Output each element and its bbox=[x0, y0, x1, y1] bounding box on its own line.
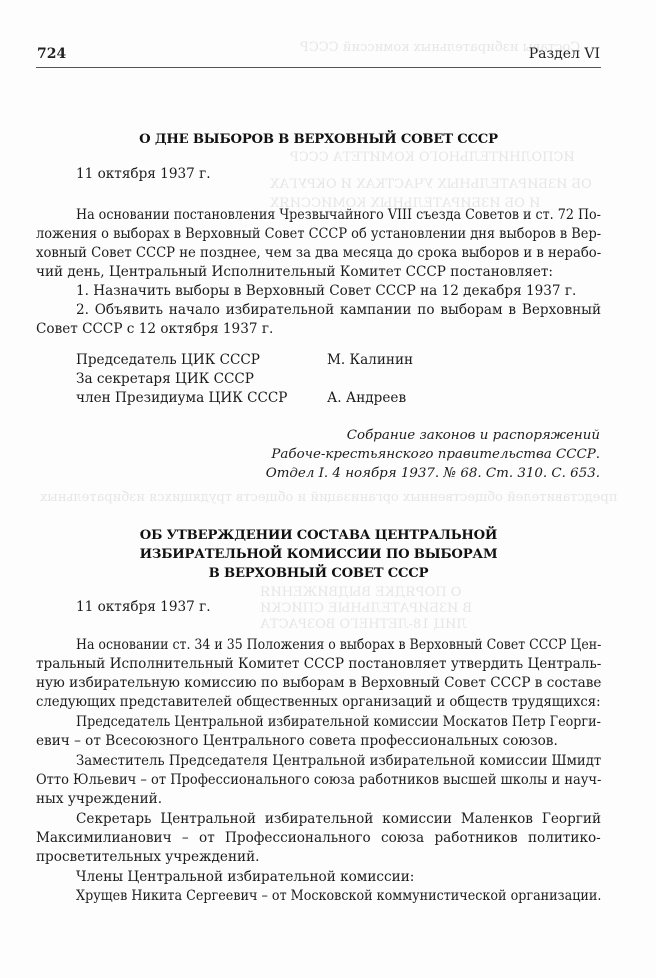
bleed-through-text: О ПОРЯДКЕ ВЫДВИЖЕНИЯ bbox=[260, 585, 461, 600]
doc2-deputy-line: Отто Юльевич – от Профессионального союз… bbox=[36, 772, 601, 788]
doc2-title: ИЗБИРАТЕЛЬНОЙ КОМИССИИ ПО ВЫБОРАМ bbox=[36, 547, 601, 562]
signature-name: М. Калинин bbox=[327, 352, 413, 368]
section-label: Раздел VI bbox=[529, 46, 600, 62]
citation-line: Отдел I. 4 ноября 1937. № 68. Ст. 310. С… bbox=[266, 466, 600, 481]
doc1-item-1: 1. Назначить выборы в Верховный Совет СС… bbox=[76, 283, 576, 299]
doc2-body-line: следующих представителей общественных ор… bbox=[36, 694, 601, 710]
doc2-secretary-line: Секретарь Центральной избирательной коми… bbox=[76, 811, 601, 827]
bleed-through-text: ЛИЦ 18-ЛЕТНЕГО ВОЗРАСТА bbox=[260, 617, 467, 632]
signature-role: член Президиума ЦИК СССР bbox=[76, 390, 287, 406]
signature-role: За секретаря ЦИК СССР bbox=[76, 371, 254, 387]
doc1-body-line: На основании постановления Чрезвычайного… bbox=[76, 207, 601, 223]
doc1-body-line: ложения о выборах в Верховный Совет СССР… bbox=[36, 226, 601, 242]
signature-role: Председатель ЦИК СССР bbox=[76, 352, 260, 368]
bleed-through-text: ОБ ИЗБИРАТЕЛЬНЫХ УЧАСТКАХ И ОКРУГАХ bbox=[270, 177, 592, 192]
doc2-body-line: тральный Исполнительный Комитет СССР пос… bbox=[36, 656, 601, 672]
doc2-deputy-line: ных учреждений. bbox=[36, 791, 162, 807]
doc1-title: О ДНЕ ВЫБОРОВ В ВЕРХОВНЫЙ СОВЕТ СССР bbox=[36, 132, 601, 147]
doc2-secretary-line: просветительных учреждений. bbox=[36, 849, 259, 865]
doc2-title: ОБ УТВЕРЖДЕНИИ СОСТАВА ЦЕНТРАЛЬНОЙ bbox=[36, 528, 601, 543]
doc2-member: Хрущев Никита Сергеевич – от Московской … bbox=[76, 888, 601, 904]
doc2-secretary-line: Максимилианович – от Профессионального с… bbox=[36, 830, 601, 846]
doc2-date: 11 октября 1937 г. bbox=[76, 599, 211, 615]
doc2-chair-line: Председатель Центральной избирательной к… bbox=[76, 714, 601, 730]
doc1-item-2: Совет СССР с 12 октября 1937 г. bbox=[36, 321, 273, 337]
citation-line: Рабоче-крестьянского правительства СССР. bbox=[271, 447, 600, 462]
bleed-through-text: В ИЗБИРАТЕЛЬНЫЕ СПИСКИ bbox=[260, 601, 472, 616]
bleed-through-text: представителей общественных организаций … bbox=[40, 490, 617, 505]
doc1-body-line: ховный Совет СССР не позднее, чем за два… bbox=[36, 245, 601, 261]
doc1-date: 11 октября 1937 г. bbox=[76, 166, 211, 182]
book-page: Составы избирательных комиссий СССР ИСПО… bbox=[0, 0, 656, 978]
signature-name: А. Андреев bbox=[327, 390, 406, 406]
header-rule bbox=[36, 67, 601, 68]
doc2-deputy-line: Заместитель Председателя Центральной изб… bbox=[76, 753, 601, 769]
doc1-body-line: чий день, Центральный Исполнительный Ком… bbox=[36, 264, 553, 280]
doc2-body-line: На основании ст. 34 и 35 Положения о выб… bbox=[76, 637, 601, 653]
doc2-members-heading: Члены Центральной избирательной комиссии… bbox=[76, 869, 414, 885]
page-number: 724 bbox=[37, 46, 66, 62]
doc2-body-line: ную избирательную комиссию по выборам в … bbox=[36, 675, 601, 691]
citation-line: Собрание законов и распоряжений bbox=[347, 428, 600, 443]
doc1-item-2: 2. Объявить начало избирательной кампани… bbox=[76, 302, 601, 318]
bleed-through-text: ИСПОЛНИТЕЛЬНОГО КОМИТЕТА СССР bbox=[290, 150, 575, 165]
doc2-title: В ВЕРХОВНЫЙ СОВЕТ СССР bbox=[36, 566, 601, 581]
doc2-chair-line: евич – от Всесоюзного Центрального совет… bbox=[36, 733, 558, 749]
